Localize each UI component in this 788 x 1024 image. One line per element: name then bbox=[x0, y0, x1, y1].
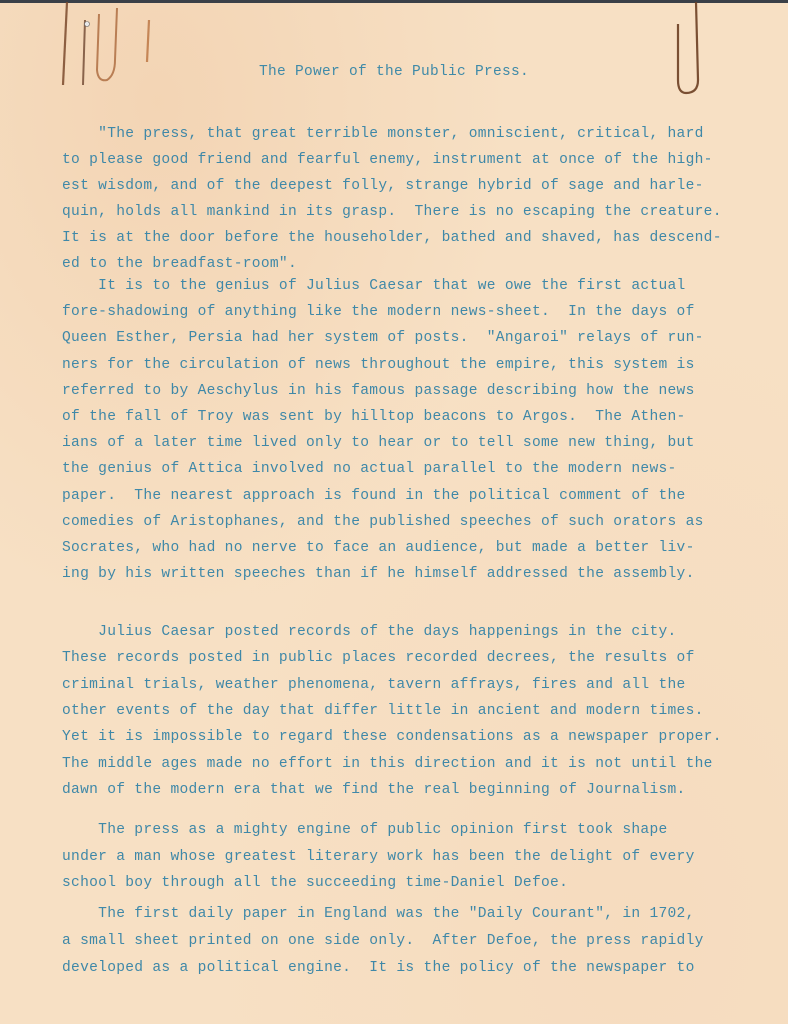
text-line: These records posted in public places re… bbox=[62, 650, 695, 666]
text-line: ians of a later time lived only to hear … bbox=[62, 435, 695, 451]
text-line: The first daily paper in England was the… bbox=[62, 906, 695, 922]
paperclip-rust-mark-right bbox=[668, 0, 718, 100]
text-line: Julius Caesar posted records of the days… bbox=[62, 624, 677, 640]
text-line: school boy through all the succeeding ti… bbox=[62, 875, 568, 891]
text-line: a small sheet printed on one side only. … bbox=[62, 933, 704, 949]
paperclip-rust-mark-left bbox=[55, 0, 165, 95]
text-line: It is at the door before the householder… bbox=[62, 230, 722, 246]
text-line: criminal trials, weather phenomena, tave… bbox=[62, 677, 686, 693]
text-line: ners for the circulation of news through… bbox=[62, 357, 695, 373]
document-title: The Power of the Public Press. bbox=[0, 64, 788, 80]
text-line: under a man whose greatest literary work… bbox=[62, 849, 695, 865]
text-line: other events of the day that differ litt… bbox=[62, 703, 704, 719]
text-line: ing by his written speeches than if he h… bbox=[62, 566, 695, 582]
paper-page: The Power of the Public Press. "The pres… bbox=[0, 0, 788, 1024]
text-line: the genius of Attica involved no actual … bbox=[62, 461, 677, 477]
text-line: to please good friend and fearful enemy,… bbox=[62, 152, 713, 168]
text-line: paper. The nearest approach is found in … bbox=[62, 488, 686, 504]
text-line: quin, holds all mankind in its grasp. Th… bbox=[62, 204, 722, 220]
text-line: developed as a political engine. It is t… bbox=[62, 960, 695, 976]
text-line: ed to the breadfast-room". bbox=[62, 256, 297, 272]
text-line: Queen Esther, Persia had her system of p… bbox=[62, 330, 704, 346]
text-line: "The press, that great terrible monster,… bbox=[62, 126, 704, 142]
text-line: Yet it is impossible to regard these con… bbox=[62, 729, 722, 745]
text-line: of the fall of Troy was sent by hilltop … bbox=[62, 409, 686, 425]
text-line: The press as a mighty engine of public o… bbox=[62, 822, 668, 838]
text-line: It is to the genius of Julius Caesar tha… bbox=[62, 278, 686, 294]
text-line: est wisdom, and of the deepest folly, st… bbox=[62, 178, 704, 194]
text-line: referred to by Aeschylus in his famous p… bbox=[62, 383, 695, 399]
text-line: fore-shadowing of anything like the mode… bbox=[62, 304, 695, 320]
text-line: comedies of Aristophanes, and the publis… bbox=[62, 514, 704, 530]
text-line: Socrates, who had no nerve to face an au… bbox=[62, 540, 695, 556]
text-line: dawn of the modern era that we find the … bbox=[62, 782, 686, 798]
text-line: The middle ages made no effort in this d… bbox=[62, 756, 713, 772]
